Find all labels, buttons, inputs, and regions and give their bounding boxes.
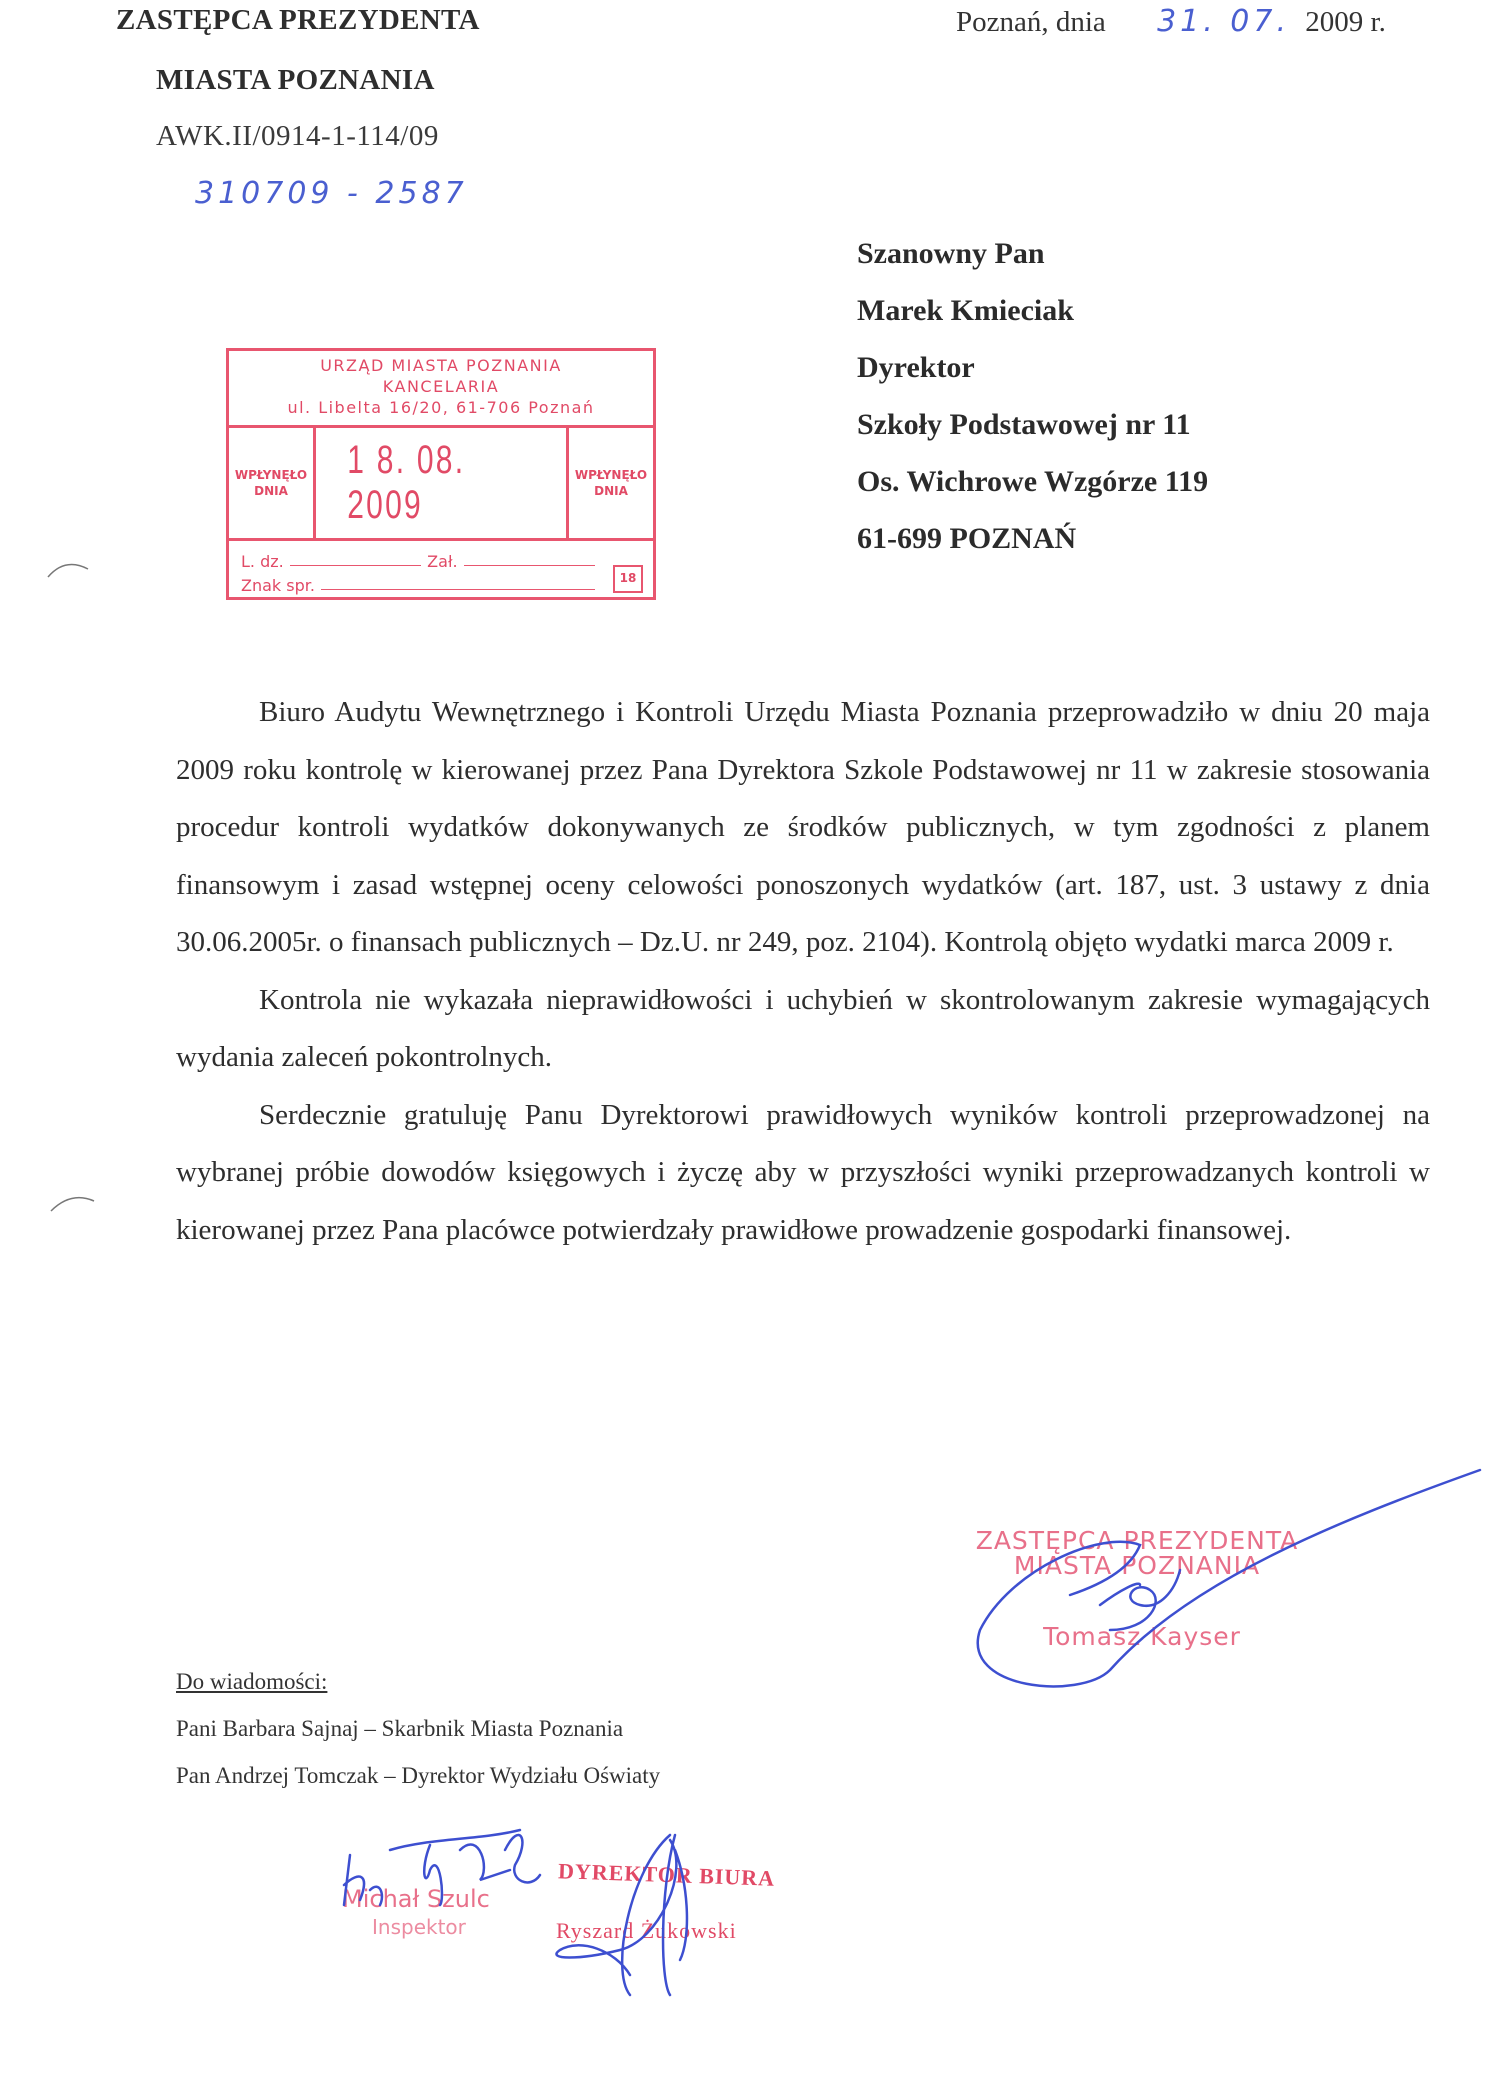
copies-recipient: Pani Barbara Sajnaj – Skarbnik Miasta Po…: [176, 1705, 660, 1752]
body-paragraph: Serdecznie gratuluję Panu Dyrektorowi pr…: [176, 1087, 1430, 1260]
handwritten-date: 31. 07.: [1157, 4, 1290, 39]
handwritten-registry-number: 310709 - 2587: [195, 176, 468, 211]
stamp-box-number: 18: [613, 565, 643, 593]
recipient-street: Os. Wichrowe Wzgórze 119: [857, 453, 1208, 510]
office-title-line1: ZASTĘPCA PREZYDENTA: [116, 4, 480, 37]
stamp-received-date: 1 8. 08. 2009: [347, 428, 535, 538]
signature-kayser: [940, 1460, 1492, 1700]
place-date-suffix: 2009 r.: [1305, 6, 1386, 38]
copies-recipient: Pan Andrzej Tomczak – Dyrektor Wydziału …: [176, 1752, 660, 1799]
copies-title: Do wiadomości:: [176, 1658, 660, 1705]
recipient-name: Marek Kmieciak: [857, 282, 1208, 339]
signatures-bottom: [330, 1810, 830, 2000]
stamp-department: KANCELARIA: [229, 376, 653, 397]
letter-body: Biuro Audytu Wewnętrznego i Kontroli Urz…: [176, 684, 1430, 1259]
recipient-salutation: Szanowny Pan: [857, 225, 1208, 282]
body-paragraph: Biuro Audytu Wewnętrznego i Kontroli Urz…: [176, 684, 1430, 972]
receipt-stamp: URZĄD MIASTA POZNANIA KANCELARIA ul. Lib…: [226, 348, 656, 600]
margin-mark: [46, 1185, 106, 1225]
place-date: Poznań, dnia 31. 07. 2009 r.: [956, 4, 1386, 39]
stamp-ldz-row: L. dz. Zał.: [241, 547, 641, 571]
body-paragraph: Kontrola nie wykazała nieprawidłowości i…: [176, 972, 1430, 1087]
margin-mark: [40, 555, 100, 595]
reference-number: AWK.II/0914-1-114/09: [156, 120, 439, 153]
recipient-city: 61-699 POZNAŃ: [857, 510, 1208, 567]
office-title-line2: MIASTA POZNANIA: [156, 64, 435, 97]
stamp-header: URZĄD MIASTA POZNANIA KANCELARIA ul. Lib…: [229, 351, 653, 428]
stamp-znak-row: Znak spr.: [241, 571, 641, 595]
stamp-received-label-right: WPŁYNĘŁO DNIA: [566, 428, 653, 538]
stamp-received-label-left: WPŁYNĘŁO DNIA: [229, 428, 316, 538]
recipient-address: Szanowny Pan Marek Kmieciak Dyrektor Szk…: [857, 225, 1208, 567]
recipient-title: Dyrektor: [857, 339, 1208, 396]
copies-section: Do wiadomości: Pani Barbara Sajnaj – Ska…: [176, 1658, 660, 1799]
stamp-office-name: URZĄD MIASTA POZNANIA: [229, 355, 653, 376]
recipient-institution: Szkoły Podstawowej nr 11: [857, 396, 1208, 453]
place-date-prefix: Poznań, dnia: [956, 6, 1106, 38]
stamp-address: ul. Libelta 16/20, 61-706 Poznań: [229, 397, 653, 418]
